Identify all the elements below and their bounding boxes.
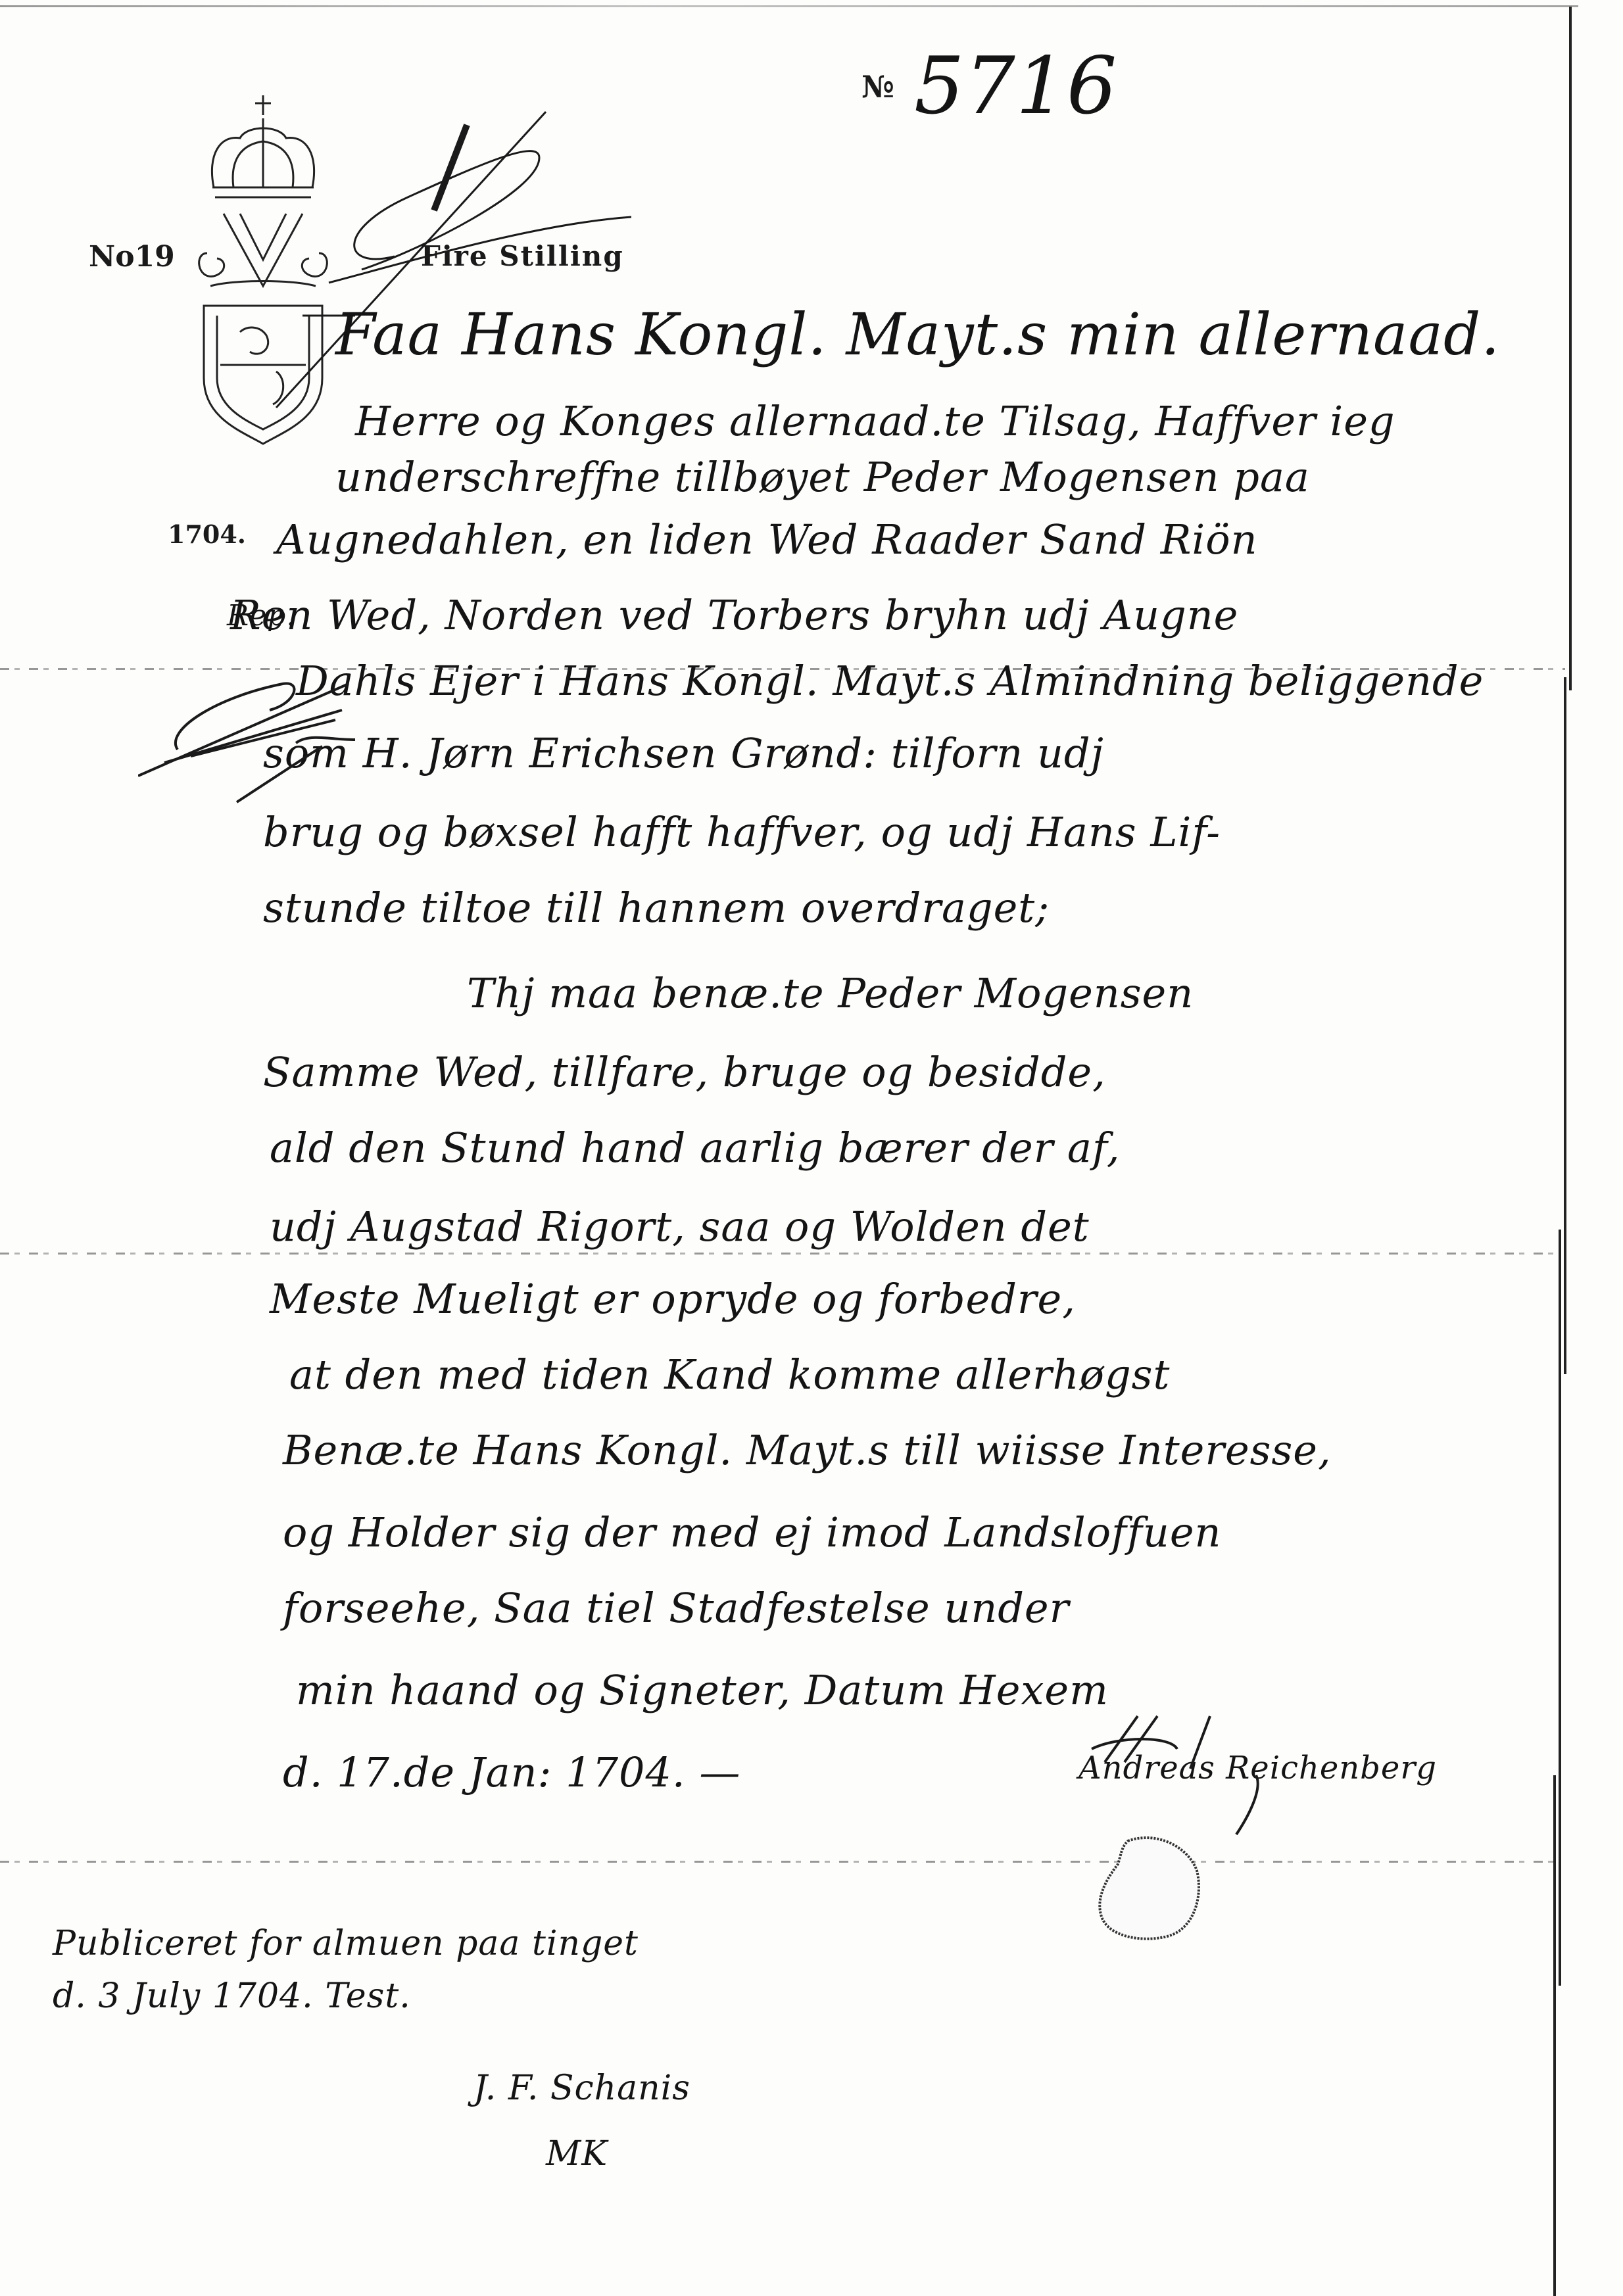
body-line-5: Ren Wed, Norden ved Torbers bryhn udj Au… bbox=[230, 595, 1238, 636]
body-line-16: Benæ.te Hans Kongl. Mayt.s till wiisse I… bbox=[283, 1430, 1332, 1471]
marginal-note: Rep. bbox=[227, 602, 296, 631]
paper-right-edge bbox=[1564, 677, 1566, 1374]
endorsement-line-1: Publiceret for almuen paa tinget bbox=[53, 1926, 639, 1961]
fold-line bbox=[0, 1253, 1560, 1255]
margin-paraph-icon bbox=[138, 651, 362, 822]
stamp-year: 1704. bbox=[168, 519, 246, 549]
body-line-11: Samme Wed, tillfare, bruge og besidde, bbox=[263, 1052, 1106, 1093]
archive-number: 5716 bbox=[914, 47, 1117, 126]
body-line-17: og Holder sig der med ej imod Landsloffu… bbox=[283, 1512, 1221, 1553]
body-line-13: udj Augstad Rigort, saa og Wolden det bbox=[270, 1207, 1090, 1247]
fold-line bbox=[0, 1861, 1555, 1863]
body-line-20: d. 17.de Jan: 1704. — bbox=[283, 1752, 740, 1793]
body-line-14: Meste Mueligt er opryde og forbedre, bbox=[270, 1279, 1076, 1320]
wax-seal-mark-icon bbox=[1095, 1831, 1207, 1946]
body-line-4: Augnedahlen, en liden Wed Raader Sand Ri… bbox=[276, 519, 1258, 560]
body-line-1: Faa Hans Kongl. Mayt.s min allernaad. bbox=[335, 306, 1500, 364]
body-line-10: Thj maa benæ.te Peder Mogensen bbox=[467, 973, 1194, 1014]
body-line-7: som H. Jørn Erichsen Grønd: tilforn udj bbox=[263, 733, 1104, 774]
paper-right-edge bbox=[1553, 1775, 1556, 2296]
endorsement-line-2: d. 3 July 1704. Test. bbox=[53, 1979, 411, 2013]
body-line-12: ald den Stund hand aarlig bærer der af, bbox=[270, 1128, 1120, 1168]
body-line-18: forseehe, Saa tiel Stadfestelse under bbox=[283, 1588, 1069, 1629]
body-line-6: Dahls Ejer i Hans Kongl. Mayt.s Almindni… bbox=[296, 661, 1484, 702]
endorsement-initials: MK bbox=[546, 2137, 608, 2171]
paper-right-edge bbox=[1559, 1230, 1561, 1986]
body-line-2: Herre og Konges allernaad.te Tilsag, Haf… bbox=[355, 401, 1395, 442]
paper-right-edge bbox=[1569, 7, 1572, 690]
stamp-number: No19 bbox=[89, 240, 175, 274]
document-page: № 5716 No19 Fire Stilling 1704. bbox=[0, 0, 1623, 2296]
body-line-15: at den med tiden Kand komme allerhøgst bbox=[289, 1354, 1170, 1395]
body-line-9: stunde tiltoe till hannem overdraget; bbox=[263, 888, 1050, 928]
body-line-19: min haand og Signeter, Datum Hexem bbox=[296, 1670, 1109, 1711]
body-line-8: brug og bøxsel hafft haffver, og udj Han… bbox=[263, 812, 1221, 853]
endorsement-signature: J. F. Schanis bbox=[473, 2071, 690, 2105]
signature-flourish-icon bbox=[1078, 1710, 1289, 1841]
archive-number-prefix: № bbox=[861, 69, 894, 105]
paper-top-edge bbox=[0, 5, 1578, 7]
body-line-3: underschreffne tillbøyet Peder Mogensen … bbox=[335, 457, 1310, 498]
